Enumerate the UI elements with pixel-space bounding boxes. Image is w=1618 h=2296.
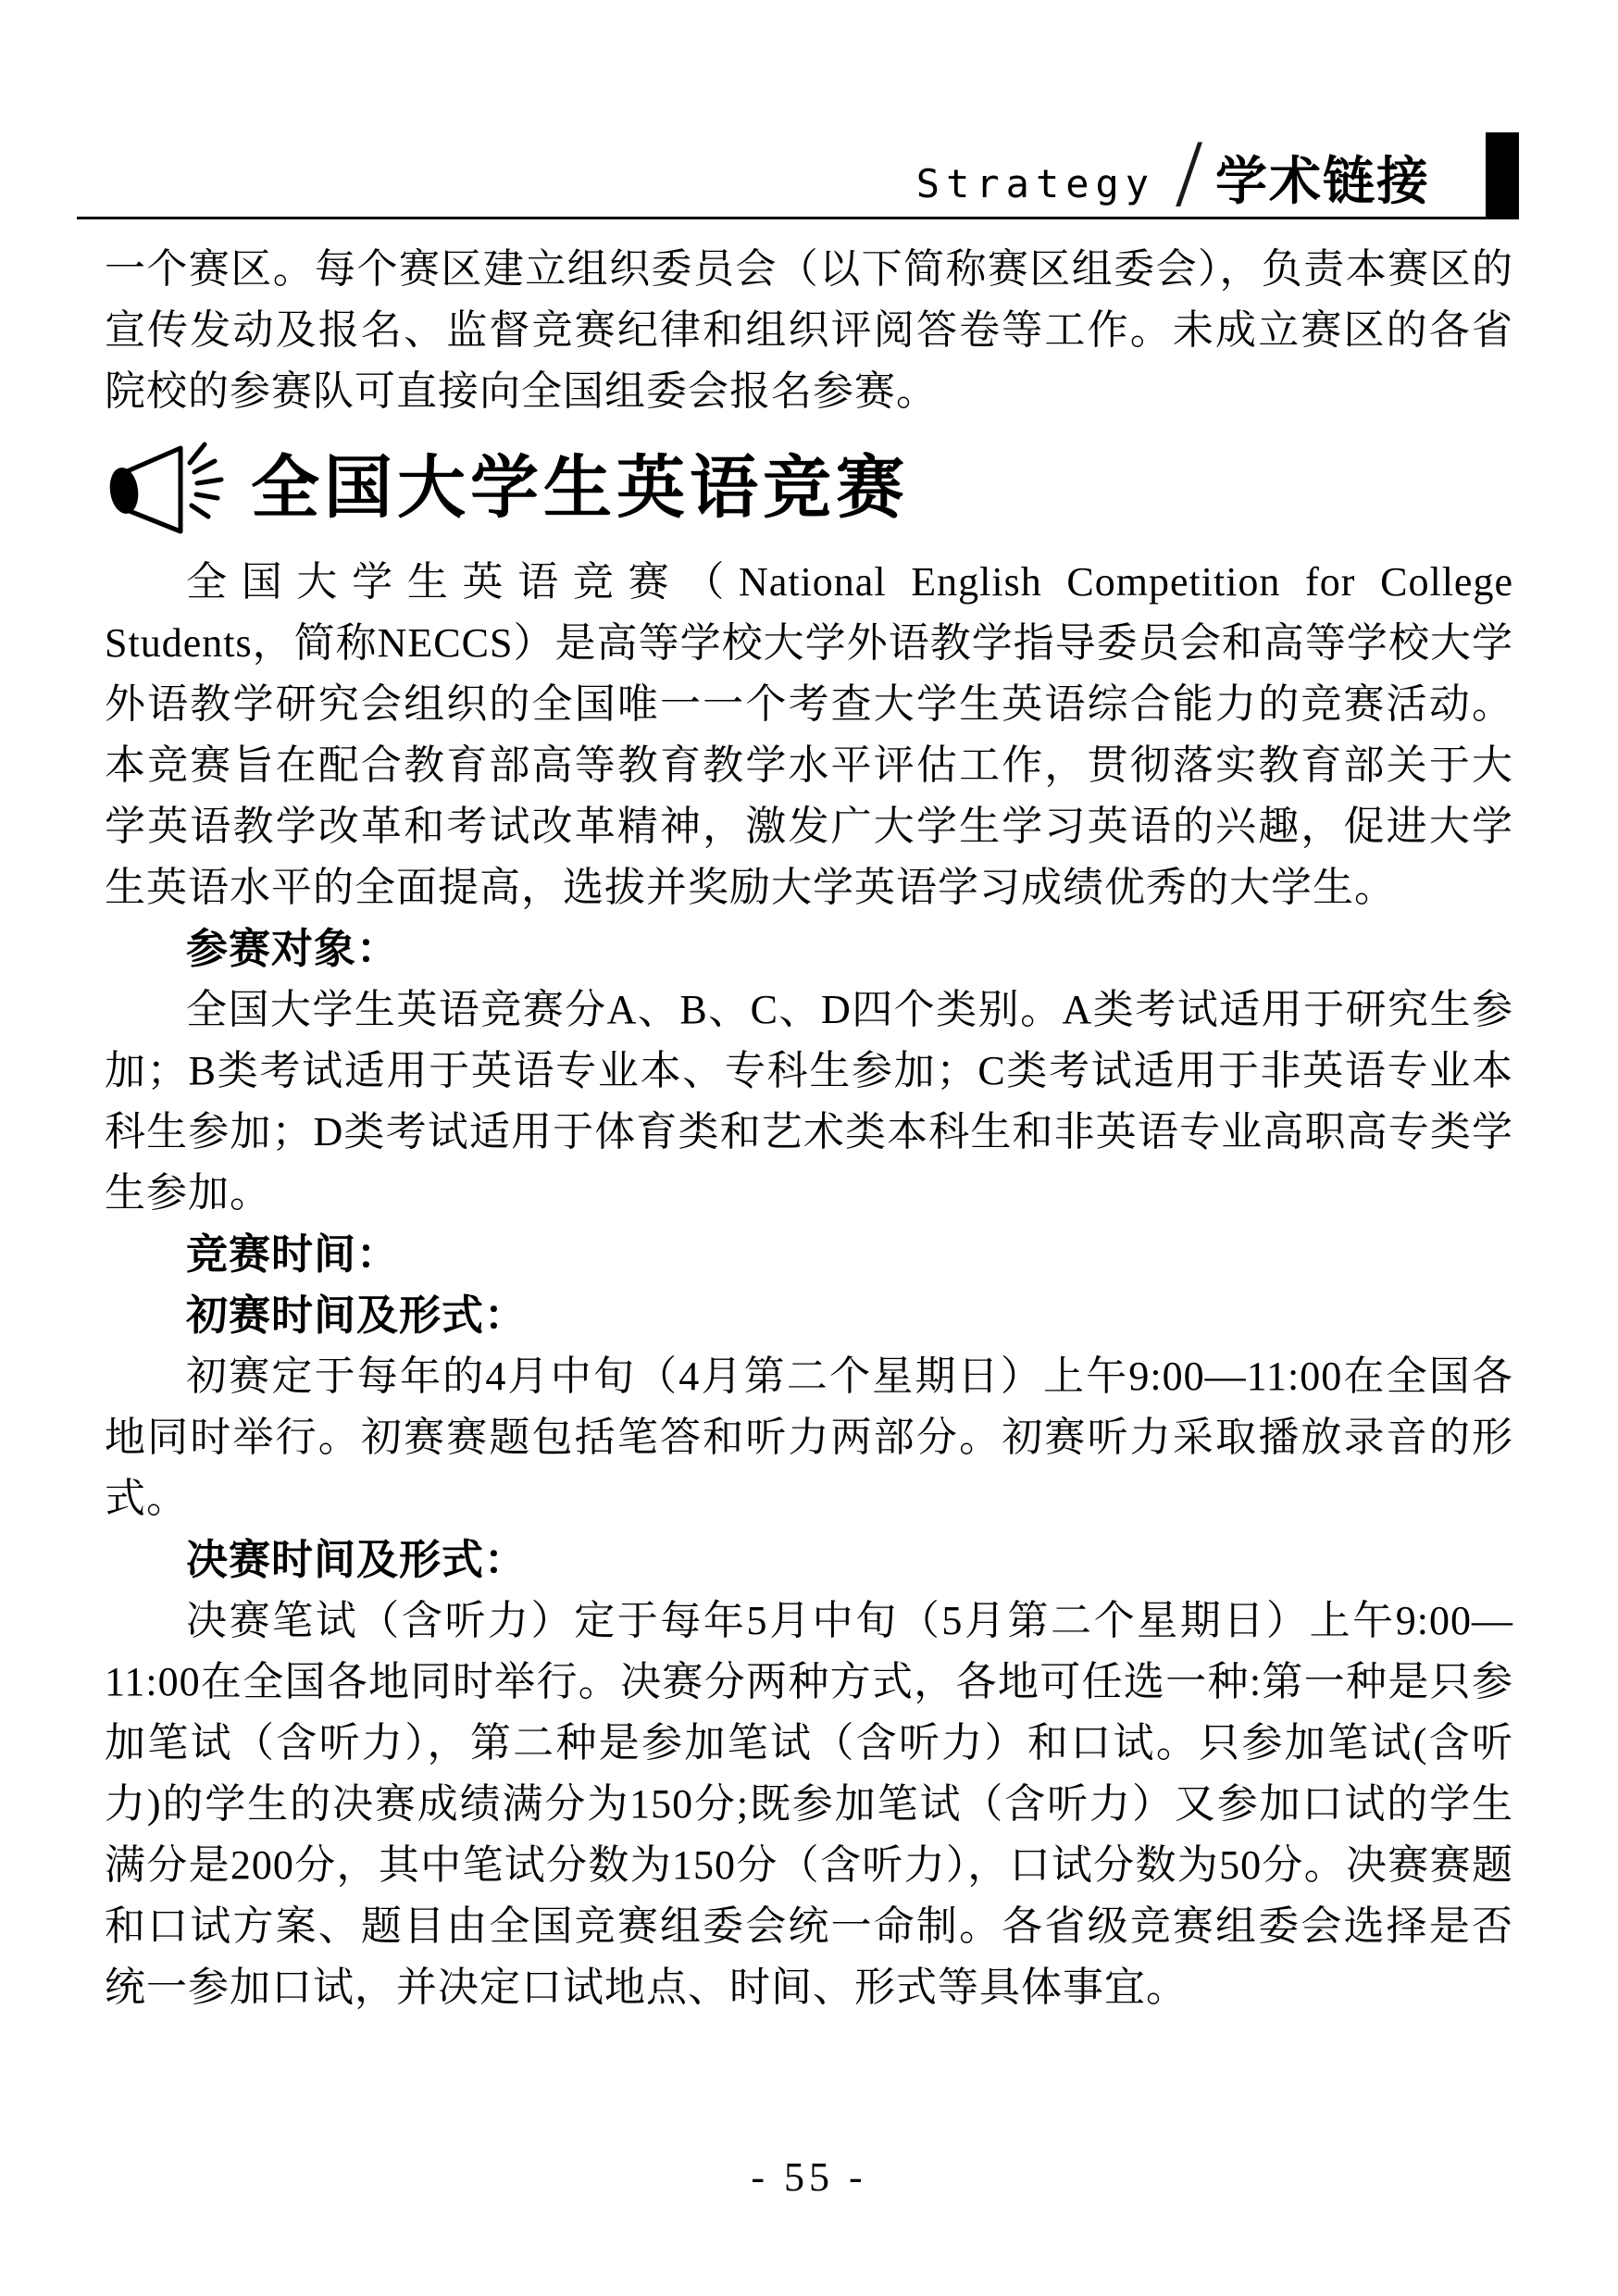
preliminary-round-heading: 初赛时间及形式： [186, 1285, 1513, 1346]
final-round-paragraph: 决赛笔试（含听力）定于每年5月中旬（5月第二个星期日）上午9:00—11:00在… [105, 1591, 1513, 2018]
final-round-heading: 决赛时间及形式： [186, 1529, 1513, 1591]
header-titles: Strategy / 学术链接 [916, 134, 1430, 213]
section-title-row: 全国大学生英语竞赛 [105, 437, 1513, 541]
section-intro-paragraph: 全国大学生英语竞赛（National English Competition f… [105, 552, 1513, 918]
participants-paragraph: 全国大学生英语竞赛分A、B、C、D四个类别。A类考试适用于研究生参加；B类考试适… [105, 980, 1513, 1224]
competition-time-heading: 竞赛时间： [186, 1224, 1513, 1285]
participants-heading: 参赛对象： [186, 918, 1513, 980]
page-header: Strategy / 学术链接 [77, 119, 1519, 219]
speaker-icon [105, 439, 227, 539]
book-page: Strategy / 学术链接 一个赛区。每个赛区建立组织委员会（以下简称赛区组… [0, 0, 1618, 2296]
slash-divider: / [1176, 134, 1202, 213]
header-black-block [1486, 132, 1519, 219]
page-number: - 55 - [751, 2154, 866, 2200]
page-footer: - 55 - [0, 2153, 1618, 2201]
intro-paragraph: 一个赛区。每个赛区建立组织委员会（以下简称赛区组委会），负责本赛区的宣传发动及报… [105, 239, 1513, 422]
section-title: 全国大学生英语竞赛 [251, 455, 909, 523]
preliminary-round-paragraph: 初赛定于每年的4月中旬（4月第二个星期日）上午9:00—11:00在全国各地同时… [105, 1346, 1513, 1529]
page-content: 一个赛区。每个赛区建立组织委员会（以下简称赛区组委会），负责本赛区的宣传发动及报… [105, 239, 1513, 2018]
header-section-label-zh: 学术链接 [1215, 156, 1430, 213]
header-section-label-en: Strategy [916, 165, 1155, 213]
